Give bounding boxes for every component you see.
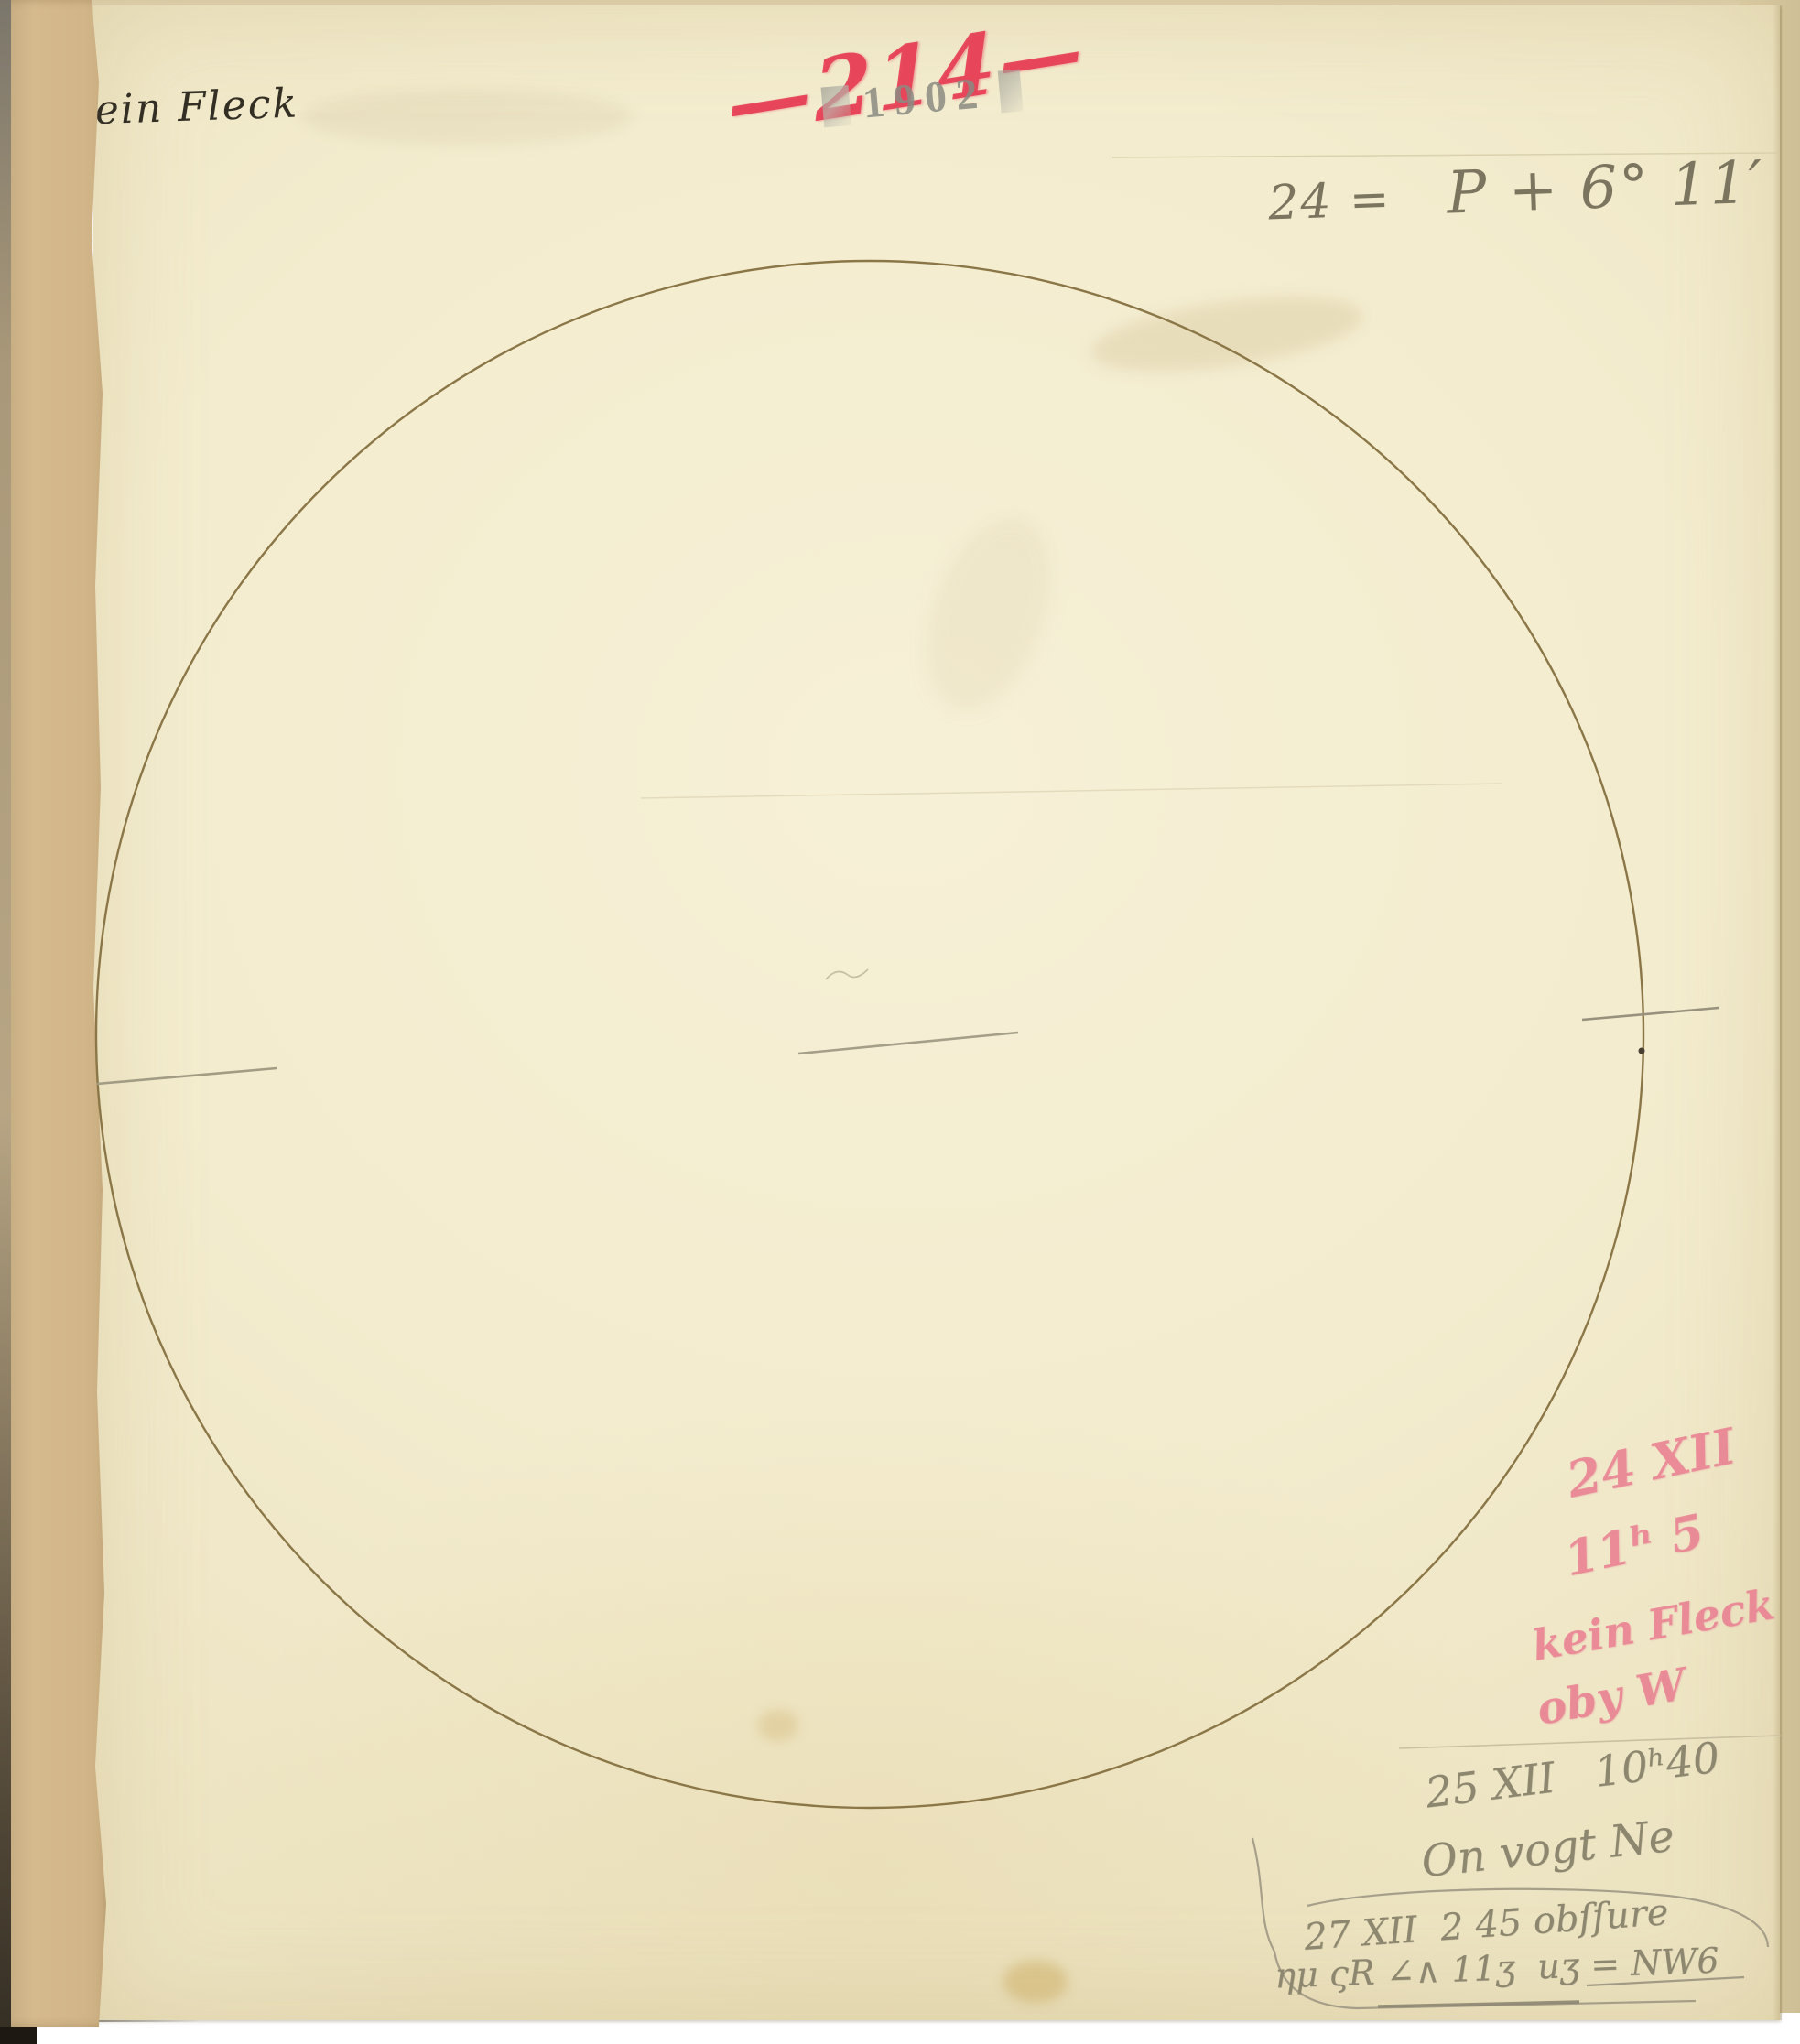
stamp-frame-mark-icon xyxy=(998,69,1024,113)
ink-dot xyxy=(1639,1048,1645,1054)
crease-line xyxy=(1399,1736,1781,1748)
orientation-tick-left xyxy=(97,1068,277,1084)
center-mark xyxy=(798,1033,1018,1054)
scanned-observation-sheet: { "document": { "description": "Historic… xyxy=(0,0,1800,2044)
solar-disk-drawing xyxy=(0,0,1800,2044)
stamp-frame-mark-icon xyxy=(820,84,851,126)
orientation-tick-right xyxy=(1582,1008,1719,1020)
position-angle-value: P + 6° 11′ xyxy=(1446,149,1765,228)
position-angle-prefix: 24 = xyxy=(1267,171,1409,231)
solar-disk-circle xyxy=(96,261,1643,1808)
faint-scribble xyxy=(826,969,868,979)
crease-line xyxy=(641,784,1502,798)
